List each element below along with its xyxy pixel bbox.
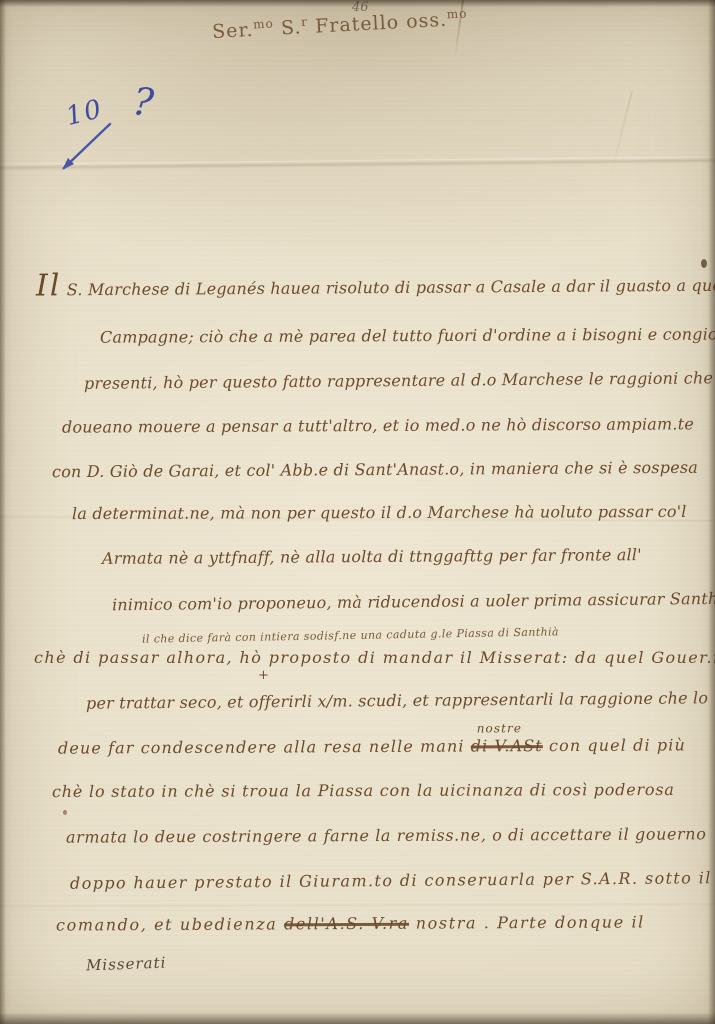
paper-edge-shadow [0, 0, 6, 1024]
paper-edge-shadow [0, 0, 715, 7]
paper-edge-shadow [0, 1012, 715, 1024]
manuscript-scan: 46 Ser.mo S.r Fratello oss.mo 10 ? Il S.… [0, 0, 715, 1024]
photo-vignette [0, 0, 715, 1024]
paper-edge-shadow [708, 0, 715, 1024]
